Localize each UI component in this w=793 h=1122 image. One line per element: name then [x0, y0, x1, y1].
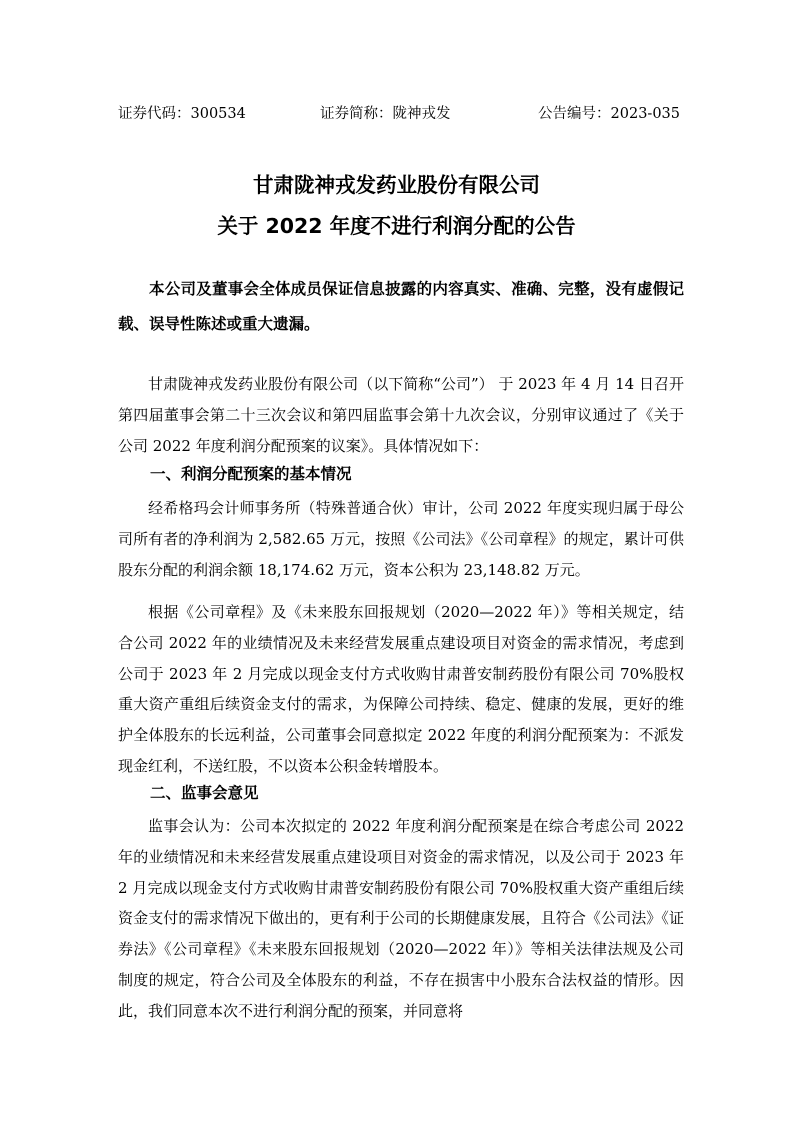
section-heading-2: 二、监事会意见: [150, 781, 259, 803]
section-heading-1: 一、利润分配预案的基本情况: [150, 462, 352, 484]
announcement-number: 公告编号：2023-035: [538, 102, 680, 123]
document-header: 证券代码：300534 证券简称：陇神戎发 公告编号：2023-035: [118, 102, 680, 124]
title-subject: 关于 2022 年度不进行利润分配的公告: [0, 209, 793, 239]
section-2-paragraph-1: 监事会认为：公司本次拟定的 2022 年度利润分配预案是在综合考虑公司 2022…: [118, 811, 684, 1027]
disclaimer-statement: 本公司及董事会全体成员保证信息披露的内容真实、准确、完整，没有虚假记载、误导性陈…: [118, 272, 684, 342]
stock-abbreviation: 证券简称：陇神戎发: [320, 102, 451, 123]
intro-paragraph: 甘肃陇神戎发药业股份有限公司（以下简称“公司”） 于 2023 年 4 月 14…: [118, 369, 684, 461]
section-1-paragraph-1: 经希格玛会计师事务所（特殊普通合伙）审计，公司 2022 年度实现归属于母公司所…: [118, 493, 684, 585]
section-1-paragraph-2: 根据《公司章程》及《未来股东回报规划（2020—2022 年）》等相关规定，结合…: [118, 597, 684, 782]
title-company: 甘肃陇神戎发药业股份有限公司: [0, 168, 793, 198]
document-page: 证券代码：300534 证券简称：陇神戎发 公告编号：2023-035 甘肃陇神…: [0, 0, 793, 1122]
stock-code: 证券代码：300534: [118, 102, 246, 123]
